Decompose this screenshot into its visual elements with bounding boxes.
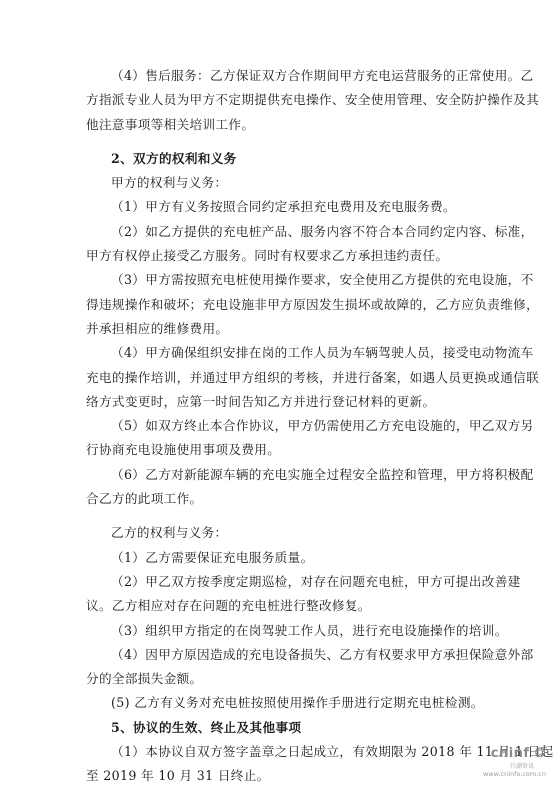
paragraph-gap — [86, 511, 480, 521]
swirl-icon: ❂ — [535, 746, 546, 761]
text-line: 络方式变更时，应第一时间告知乙方并进行登记材料的更新。 — [86, 390, 480, 414]
paragraph-gap — [86, 137, 480, 147]
text-line: 他注意事项等相关培训工作。 — [86, 113, 480, 137]
text-line: 议。乙方相应对存在问题的充电桩进行整改修复。 — [86, 594, 480, 618]
text-line: 甲方的权利与义务： — [86, 171, 480, 195]
text-line: 得违规操作和破坏；充电设施非甲方原因发生损坏或故障的，乙方应负责维修， — [86, 293, 480, 317]
text-line: （2）甲乙双方按季度定期巡检，对存在问题充电桩，甲方可提出改善建 — [86, 570, 480, 594]
cninfo-logo: cninf ❂ — [483, 746, 546, 761]
text-line: （4）甲方确保组织安排在岗的工作人员为车辆驾驶人员，接受电动物流车 — [86, 341, 480, 365]
text-line: （3）甲方需按照充电桩使用操作要求，安全使用乙方提供的充电设施，不 — [86, 268, 480, 292]
text-line: （4）因甲方原因造成的充电设备损失、乙方有权要求甲方承担保险意外部 — [86, 643, 480, 667]
text-line: 分的全部损失金额。 — [86, 667, 480, 691]
text-line: （3）组织甲方指定的在岗驾驶工作人员，进行充电设施操作的培训。 — [86, 619, 480, 643]
text-line: （6）乙方对新能源车辆的充电实施全过程安全监控和管理，甲方将积极配 — [86, 463, 480, 487]
text-line: （4）售后服务：乙方保证双方合作期间甲方充电运营服务的正常使用。乙 — [86, 64, 480, 88]
cninfo-watermark: cninf ❂ 巨潮资讯 www.cninfo.com.cn — [483, 746, 546, 778]
text-line: （1）乙方需要保证充电服务质量。 — [86, 546, 480, 570]
text-line: 方指派专业人员为甲方不定期提供充电操作、安全使用管理、安全防护操作及其 — [86, 88, 480, 112]
text-line: （1）本协议自双方签字盖章之日起成立，有效期限为 2018 年 11 月 1 日… — [86, 740, 480, 764]
text-line: (5) 乙方有义务对充电桩按照使用操作手册进行定期充电桩检测。 — [86, 691, 480, 715]
section-heading: 5、协议的生效、终止及其他事项 — [86, 716, 480, 740]
text-line: 至 2019 年 10 月 31 日终止。 — [86, 764, 480, 788]
text-line: 并承担相应的维修费用。 — [86, 317, 480, 341]
text-line: 甲方有权停止接受乙方服务。同时有权要求乙方承担违约责任。 — [86, 244, 480, 268]
text-line: 充电的操作培训，并通过甲方组织的考核，并进行备案，如遇人员更换或通信联 — [86, 366, 480, 390]
text-line: （2）如乙方提供的充电桩产品、服务内容不符合本合同约定内容、标准， — [86, 220, 480, 244]
cninfo-url: www.cninfo.com.cn — [483, 770, 546, 778]
text-line: （1）甲方有义务按照合同约定承担充电费用及充电服务费。 — [86, 195, 480, 219]
text-line: （5）如双方终止本合作协议，甲方仍需使用乙方充电设施的，甲乙双方另 — [86, 414, 480, 438]
text-line: 合乙方的此项工作。 — [86, 487, 480, 511]
cninfo-brand-cn: 巨潮资讯 — [483, 761, 534, 770]
section-heading: 2、双方的权利和义务 — [86, 147, 480, 171]
text-line: 行协商充电设施使用事项及费用。 — [86, 438, 480, 462]
document-page: （4）售后服务：乙方保证双方合作期间甲方充电运营服务的正常使用。乙方指派专业人员… — [86, 64, 480, 789]
text-line: 乙方的权利与义务： — [86, 521, 480, 545]
